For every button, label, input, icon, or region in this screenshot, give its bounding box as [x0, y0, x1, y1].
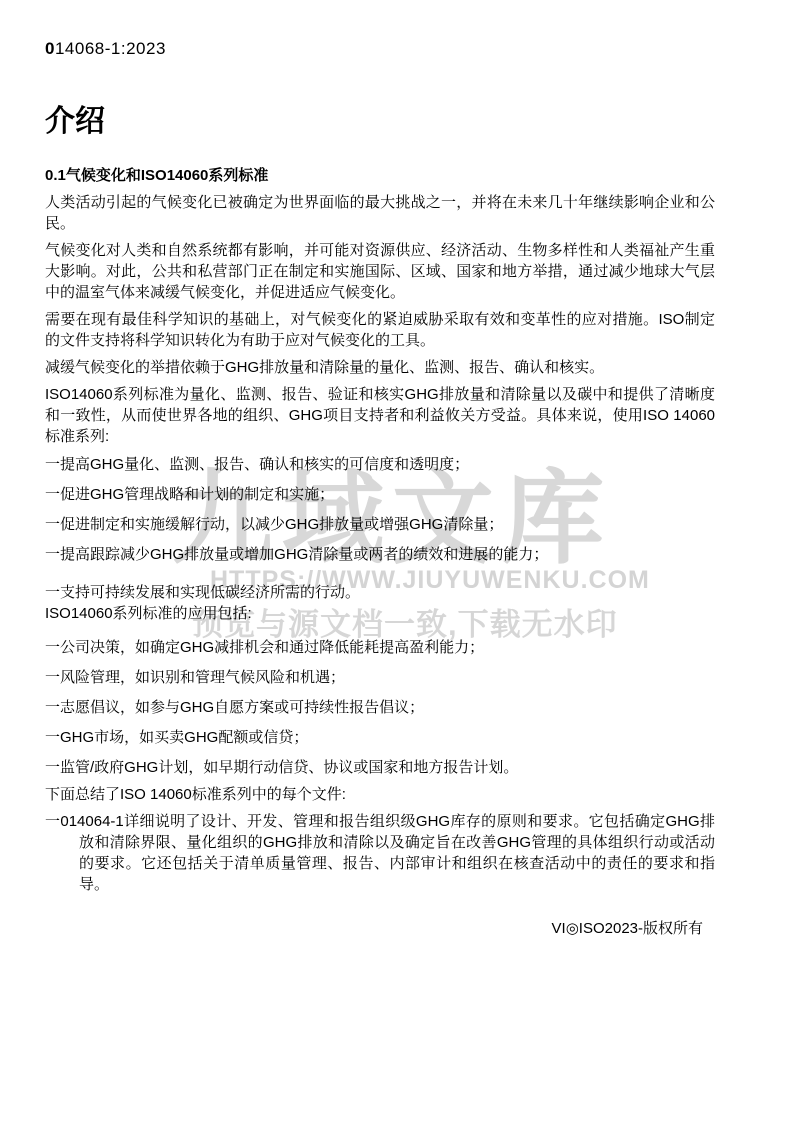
paragraph: 一支持可持续发展和实现低碳经济所需的行动。 ISO14060系列标准的应用包括: [45, 582, 715, 624]
list-item: 一促进制定和实施缓解行动，以减少GHG排放量或增强GHG清除量； [45, 514, 715, 535]
paragraph: 需要在现有最佳科学知识的基础上，对气候变化的紧迫威胁采取有效和变革性的应对措施。… [45, 309, 715, 351]
paragraph: ISO14060系列标准为量化、监测、报告、验证和核实GHG排放量和清除量以及碳… [45, 384, 715, 447]
list-item: 一志愿倡议，如参与GHG自愿方案或可持续性报告倡议； [45, 697, 715, 718]
list-item: 一风险管理，如识别和管理气候风险和机遇； [45, 667, 715, 688]
document-code: 014068-1:2023 [45, 38, 715, 60]
paragraph: 人类活动引起的气候变化已被确定为世界面临的最大挑战之一，并将在未来几十年继续影响… [45, 192, 715, 234]
list-item: 一促进GHG管理战略和计划的制定和实施； [45, 484, 715, 505]
list-item: 一提高跟踪减少GHG排放量或增加GHG清除量或两者的绩效和进展的能力； [45, 544, 715, 565]
list-item-hanging: 一014064-1详细说明了设计、开发、管理和报告组织级GHG库存的原则和要求。… [45, 811, 715, 895]
page-footer: VI◎ISO2023-版权所有 [45, 918, 703, 939]
paragraph: 减缓气候变化的举措依赖于GHG排放量和清除量的量化、监测、报告、确认和核实。 [45, 357, 715, 378]
list-item: 一公司决策，如确定GHG减排机会和通过降低能耗提高盈利能力； [45, 637, 715, 658]
document-code-prefix: 0 [45, 39, 55, 58]
list-item: 一监管/政府GHG计划，如早期行动信贷、协议或国家和地方报告计划。 [45, 757, 715, 778]
document-page: 014068-1:2023 介绍 0.1气候变化和ISO14060系列标准 人类… [45, 38, 715, 895]
paragraph: 气候变化对人类和自然系统都有影响，并可能对资源供应、经济活动、生物多样性和人类福… [45, 240, 715, 303]
list-item: 一提高GHG量化、监测、报告、确认和核实的可信度和透明度； [45, 454, 715, 475]
document-code-suffix: 14068-1:2023 [55, 39, 166, 58]
page-title: 介绍 [45, 103, 715, 141]
list-item: 一GHG市场，如买卖GHG配额或信贷； [45, 727, 715, 748]
paragraph: 下面总结了ISO 14060标准系列中的每个文件: [45, 784, 715, 805]
section-heading: 0.1气候变化和ISO14060系列标准 [45, 165, 715, 186]
